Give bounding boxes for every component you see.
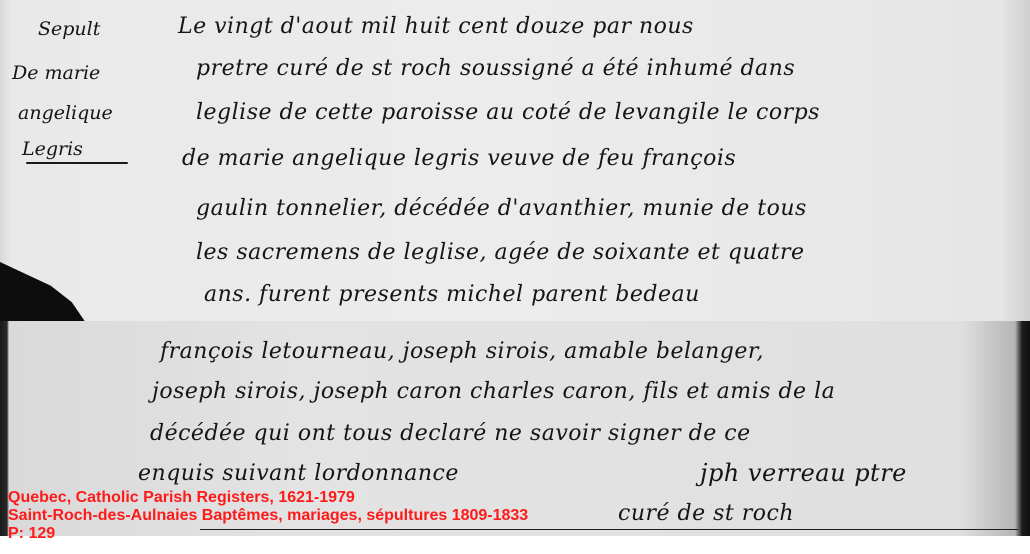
record-line: Le vingt d'aout mil huit cent douze par …: [178, 14, 694, 39]
record-line: enquis suivant lordonnance: [138, 461, 459, 486]
margin-underline: [26, 162, 128, 164]
register-caption: Saint-Roch-des-Aulnaies Baptêmes, mariag…: [8, 507, 528, 525]
record-line: gaulin tonnelier, décédée d'avanthier, m…: [196, 196, 807, 221]
record-line: françois letourneau, joseph sirois, amab…: [160, 339, 764, 364]
margin-note-line: Sepult: [38, 18, 100, 40]
record-line: pretre curé de st roch soussigné a été i…: [196, 56, 795, 81]
scan-shadow-blot: [0, 262, 92, 321]
record-line: ans. furent presents michel parent bedea…: [204, 282, 700, 307]
margin-note-line: De marie: [12, 62, 100, 84]
record-line: décédée qui ont tous declaré ne savoir s…: [150, 421, 751, 446]
priest-signature: jph verreau ptre: [700, 459, 907, 487]
record-line: joseph sirois, joseph caron charles caro…: [152, 379, 835, 404]
record-line: les sacremens de leglise, agée de soixan…: [196, 240, 805, 265]
record-line: leglise de cette paroisse au coté de lev…: [196, 100, 820, 125]
record-line: curé de st roch: [618, 501, 794, 526]
record-line: de marie angelique legris veuve de feu f…: [182, 146, 736, 171]
register-scan-upper: Sepult De marie angelique Legris Le ving…: [0, 0, 1030, 322]
collection-caption: Quebec, Catholic Parish Registers, 1621-…: [8, 489, 355, 507]
signature-underline: [200, 529, 1018, 530]
margin-note-line: Legris: [22, 138, 83, 160]
margin-note-line: angelique: [18, 102, 113, 124]
page-number-caption: P: 129: [8, 525, 55, 543]
